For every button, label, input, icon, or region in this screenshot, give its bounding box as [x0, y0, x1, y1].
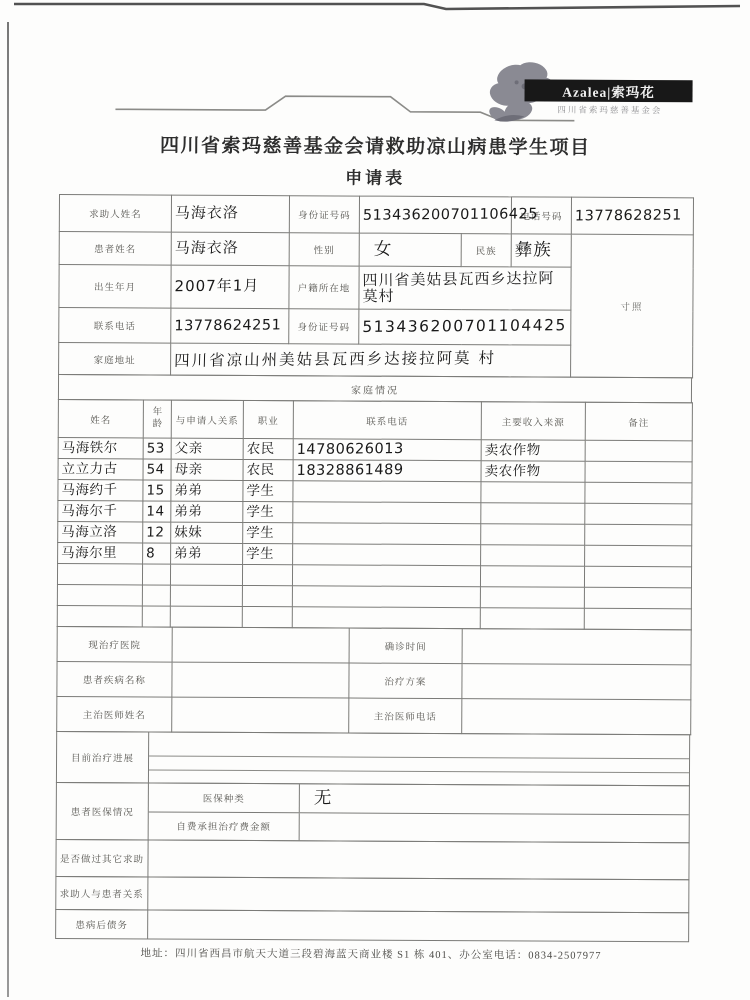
member-age: 15 — [143, 480, 171, 501]
handwriting: 学生 — [246, 484, 274, 498]
patient-name-label: 患者姓名 — [59, 231, 171, 265]
handwriting: 马海尔千 — [61, 504, 117, 519]
self-pay-row: 自费承担治疗费金额 — [149, 812, 689, 842]
handwriting: 13778628251 — [575, 209, 682, 225]
applicant-name-label: 求助人姓名 — [59, 194, 171, 232]
doctor-phone-value — [462, 699, 691, 735]
gender-value: 女 — [359, 233, 461, 267]
family-col-job: 职业 — [243, 400, 293, 438]
ruled-line — [149, 732, 689, 759]
scan-left-edge-artifact — [7, 22, 9, 997]
patient-id-value: 513436200701104425 — [359, 309, 571, 345]
member-name: 立立力古 — [58, 458, 143, 479]
member-income — [481, 545, 585, 567]
handwriting: 2007年1月 — [174, 278, 259, 294]
residence-label: 户籍所在地 — [289, 266, 359, 309]
treatment-plan-label: 治疗方案 — [349, 663, 462, 699]
scanned-application-form: Azalea|索玛花 四川省索玛慈善基金会 四川省索玛慈善基金会请救助凉山病患学… — [0, 0, 750, 1000]
handwriting: 四川省美姑县瓦西乡达拉阿莫村 — [362, 271, 568, 305]
handwriting: 弟弟 — [174, 547, 202, 561]
scan-top-edge-artifact — [0, 0, 750, 14]
member-name: 马海约千 — [58, 479, 143, 500]
member-age: 14 — [143, 501, 171, 522]
birth-label: 出生年月 — [59, 264, 171, 308]
member-age: 12 — [143, 522, 171, 543]
applicant-id-label: 身份证号码 — [289, 196, 359, 233]
handwriting: 马海立洛 — [61, 525, 117, 540]
handwriting: 13778624251 — [174, 318, 281, 334]
handwriting: 学生 — [246, 505, 274, 519]
handwriting: 马海铁尔 — [61, 441, 117, 456]
member-age — [142, 564, 170, 585]
disease-value — [172, 662, 349, 698]
family-section-title: 家庭情况 — [351, 381, 399, 396]
ethnicity-value: 彝族 — [511, 234, 571, 267]
handwriting: 12 — [146, 525, 165, 539]
member-name: 马海立洛 — [58, 521, 143, 542]
member-phone — [292, 607, 480, 629]
family-col-note: 备注 — [585, 402, 692, 441]
member-income — [481, 524, 585, 546]
member-job — [242, 585, 292, 606]
contact-phone-label: 联系电话 — [59, 307, 171, 343]
member-relation — [170, 585, 242, 606]
member-note — [585, 524, 692, 546]
photo-placeholder: 寸照 — [571, 234, 694, 378]
paper-page: Azalea|索玛花 四川省索玛慈善基金会 四川省索玛慈善基金会请救助凉山病患学… — [0, 0, 750, 1000]
member-income — [481, 482, 585, 504]
handwriting: 父亲 — [174, 442, 202, 456]
member-relation — [170, 606, 242, 627]
debt-label: 患病后债务 — [56, 910, 148, 938]
applicant-name-value: 马海衣洛 — [171, 195, 289, 233]
other-help-value — [148, 840, 688, 879]
doctor-phone-label: 主治医师电话 — [349, 698, 462, 734]
handwriting: 卖农作物 — [484, 464, 540, 479]
member-age: 54 — [143, 459, 171, 480]
family-col-name: 姓名 — [58, 399, 143, 437]
family-col-income: 主要收入来源 — [481, 402, 585, 441]
doctor-name-label: 主治医师姓名 — [57, 696, 172, 732]
handwriting: 弟弟 — [174, 505, 202, 519]
self-pay-value — [300, 813, 689, 843]
handwriting: 母亲 — [174, 463, 202, 477]
handwriting: 18328861489 — [296, 463, 403, 479]
handwriting: 学生 — [246, 526, 274, 540]
insurance-type-label: 医保种类 — [149, 783, 300, 811]
residence-value: 四川省美姑县瓦西乡达拉阿莫村 — [359, 266, 571, 310]
insurance-label: 患者医保情况 — [57, 783, 149, 839]
handwriting: 马海尔里 — [61, 546, 117, 561]
handwriting: 513436200701104425 — [362, 317, 567, 335]
insurance-row: 患者医保情况 医保种类 无 自费承担治疗费金额 — [56, 782, 690, 843]
member-relation: 妹妹 — [171, 522, 243, 543]
handwriting: 四川省凉山州美姑县瓦西乡达接拉阿莫 村 — [174, 350, 496, 369]
family-table: 姓名 年龄 与申请人关系 职业 联系电话 主要收入来源 备注 马海铁尔 53 父… — [57, 399, 693, 630]
member-name — [57, 584, 142, 605]
progress-label: 目前治疗进展 — [57, 732, 149, 782]
member-relation: 弟弟 — [171, 543, 243, 564]
application-form-body: 求助人姓名 马海衣洛 身份证号码 513436200701106425 电话号码… — [55, 195, 693, 942]
handwriting: 14780626013 — [296, 442, 403, 458]
member-note — [584, 566, 691, 588]
member-note — [584, 608, 691, 630]
member-income: 卖农作物 — [481, 461, 585, 483]
hospital-label: 现治疗医院 — [57, 626, 172, 662]
member-name: 马海尔里 — [58, 542, 143, 563]
member-phone — [292, 586, 480, 608]
member-job: 农民 — [243, 438, 293, 459]
member-phone: 18328861489 — [293, 460, 481, 482]
hospital-value — [172, 627, 349, 663]
handwriting: 农民 — [246, 463, 274, 477]
member-name: 马海尔千 — [58, 500, 143, 521]
applicant-id-value: 513436200701106425 — [359, 196, 511, 234]
family-col-relation: 与申请人关系 — [171, 400, 243, 438]
logo-org-text: 四川省索玛慈善基金会 — [527, 103, 692, 116]
member-income — [480, 608, 584, 630]
handwriting: 学生 — [246, 547, 274, 561]
diagnosis-time-label: 确诊时间 — [349, 628, 462, 664]
member-relation: 母亲 — [171, 459, 243, 480]
member-phone — [293, 523, 481, 545]
other-help-row: 是否做过其它求助 — [55, 839, 689, 880]
member-note — [585, 440, 692, 462]
handwriting: 弟弟 — [174, 484, 202, 498]
patient-id-label: 身份证号码 — [289, 309, 359, 344]
handwriting: 妹妹 — [174, 526, 202, 540]
member-note — [584, 587, 691, 609]
member-relation — [170, 564, 242, 585]
member-phone — [293, 544, 481, 566]
handwriting: 彝族 — [514, 241, 551, 260]
debt-value — [148, 910, 688, 941]
logo-banner: Azalea|索玛花 — [524, 79, 692, 102]
member-note — [585, 503, 692, 525]
home-address-label: 家庭地址 — [59, 342, 171, 375]
member-name: 马海铁尔 — [58, 437, 143, 458]
disease-label: 患者疾病名称 — [57, 661, 172, 697]
applicant-phone-value: 13778628251 — [571, 197, 693, 235]
member-note — [585, 461, 692, 483]
member-job: 学生 — [243, 522, 293, 543]
progress-ruled-area — [149, 732, 689, 785]
handwriting: 马海约千 — [61, 483, 117, 498]
handwriting: 无 — [314, 789, 333, 808]
member-job: 学生 — [243, 501, 293, 522]
family-col-age-text: 年龄 — [153, 408, 163, 431]
doctor-name-value — [172, 697, 349, 733]
member-age: 8 — [143, 543, 171, 564]
medical-table: 现治疗医院 确诊时间 患者疾病名称 治疗方案 主治医师姓名 主治医师电话 — [56, 626, 692, 735]
footer-address: 地址：四川省西昌市航天大道三段碧海蓝天商业楼 S1 栋 401、办公室电话：08… — [0, 945, 746, 964]
family-col-age: 年龄 — [143, 400, 171, 438]
contact-phone-value: 13778624251 — [171, 308, 289, 344]
handwriting: 8 — [146, 546, 155, 560]
member-relation: 父亲 — [171, 438, 243, 459]
gender-label: 性别 — [289, 233, 359, 266]
page-title: 四川省索玛慈善基金会请救助凉山病患学生项目 — [0, 130, 750, 161]
applicant-relation-value — [148, 877, 688, 912]
member-income — [480, 587, 584, 609]
birth-value: 2007年1月 — [171, 265, 289, 309]
patient-name-value: 马海衣洛 — [171, 232, 289, 266]
handwriting: 513436200701106425 — [363, 207, 538, 224]
member-phone — [293, 502, 481, 524]
member-job: 农民 — [243, 459, 293, 480]
logo-brand-text: Azalea|索玛花 — [562, 81, 655, 101]
insurance-subtable: 医保种类 无 自费承担治疗费金额 — [149, 783, 689, 842]
member-job — [242, 606, 292, 627]
member-name — [57, 563, 142, 584]
treatment-plan-value — [462, 664, 691, 700]
family-col-phone: 联系电话 — [293, 401, 481, 440]
applicant-relation-label: 求助人与患者关系 — [56, 877, 148, 909]
handwriting: 54 — [146, 462, 165, 476]
member-note — [585, 545, 692, 567]
page-subtitle: 申请表 — [0, 162, 750, 191]
debt-row: 患病后债务 — [55, 909, 689, 942]
info-table: 求助人姓名 马海衣洛 身份证号码 513436200701106425 电话号码… — [58, 194, 694, 378]
member-income — [480, 566, 584, 588]
treatment-progress-row: 目前治疗进展 — [56, 731, 690, 786]
member-job: 学生 — [243, 480, 293, 501]
member-age: 53 — [143, 438, 171, 459]
member-job: 学生 — [243, 543, 293, 564]
handwriting: 立立力古 — [61, 462, 117, 477]
handwriting: 15 — [146, 483, 165, 497]
member-phone — [293, 481, 481, 503]
other-help-label: 是否做过其它求助 — [56, 840, 148, 876]
self-pay-label: 自费承担治疗费金额 — [149, 812, 300, 840]
member-phone: 14780626013 — [293, 439, 481, 461]
member-job — [242, 564, 292, 585]
handwriting: 14 — [146, 504, 165, 518]
diagnosis-time-value — [462, 629, 691, 665]
member-relation: 弟弟 — [171, 501, 243, 522]
member-income: 卖农作物 — [481, 440, 585, 462]
handwriting: 53 — [146, 441, 165, 455]
insurance-type-row: 医保种类 无 — [149, 783, 689, 814]
ethnicity-label: 民族 — [461, 234, 511, 267]
handwriting: 马海衣洛 — [175, 205, 239, 221]
home-address-value: 四川省凉山州美姑县瓦西乡达接拉阿莫 村 — [171, 343, 571, 377]
member-phone — [292, 565, 480, 587]
handwriting: 卖农作物 — [484, 443, 540, 458]
handwriting: 女 — [373, 240, 392, 259]
member-note — [585, 482, 692, 504]
member-income — [481, 503, 585, 525]
member-name — [57, 605, 142, 626]
member-relation: 弟弟 — [171, 480, 243, 501]
applicant-relation-row: 求助人与患者关系 — [55, 876, 689, 913]
member-age — [142, 606, 170, 627]
handwriting: 马海衣洛 — [175, 240, 239, 256]
member-age — [142, 585, 170, 606]
handwriting: 农民 — [246, 442, 274, 456]
insurance-type-value: 无 — [300, 784, 689, 814]
